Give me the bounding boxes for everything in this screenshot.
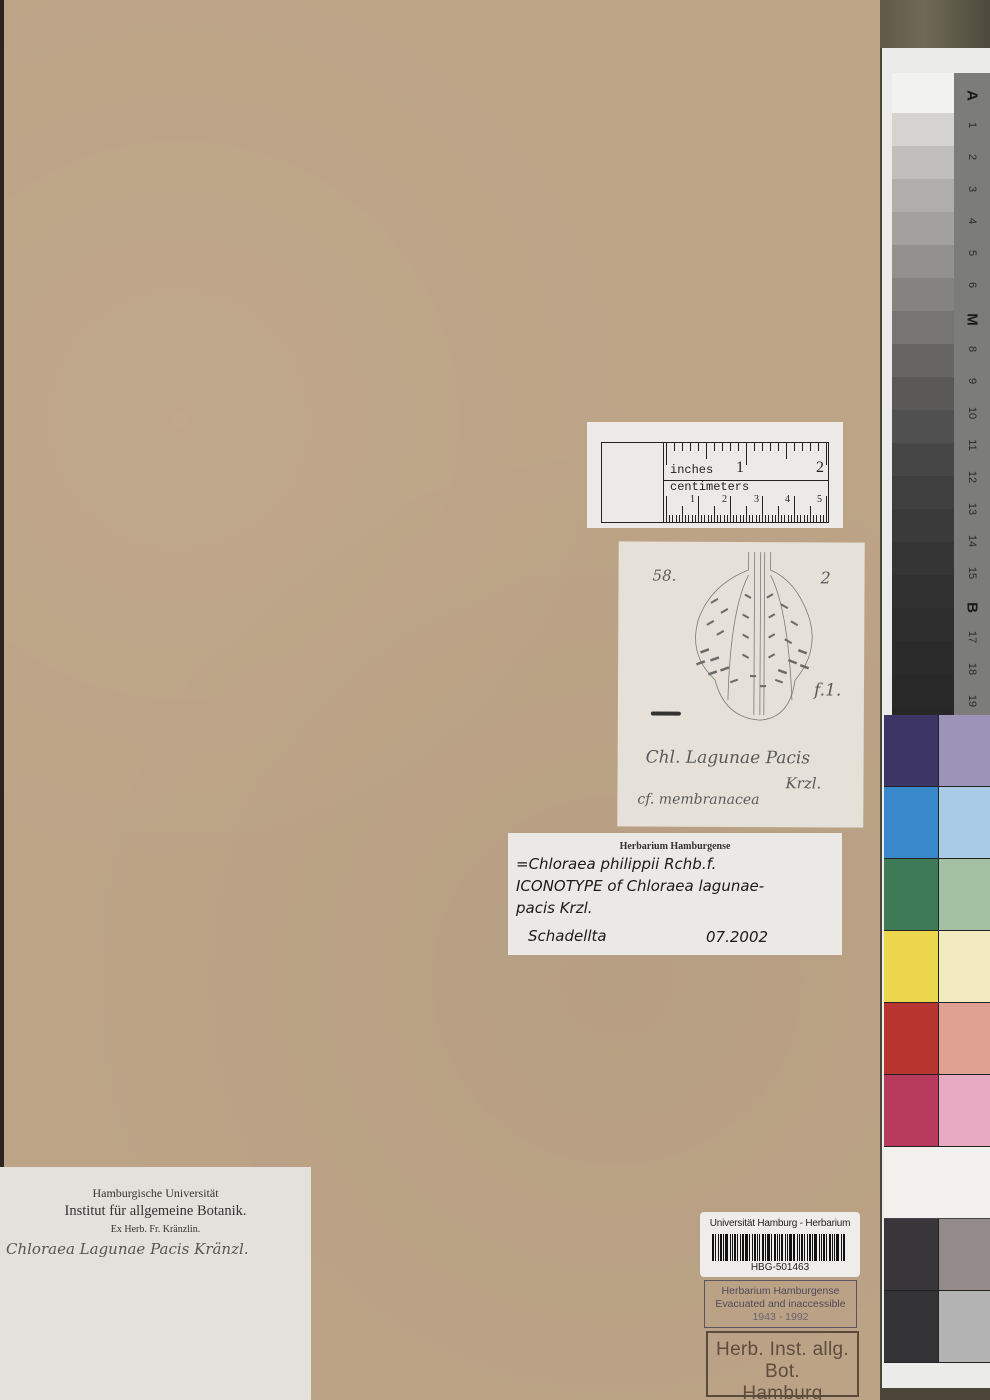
color-checker-chart: A123456M89101112131415B171819 <box>882 48 990 1388</box>
white-patch <box>884 1147 990 1219</box>
scale-label: 6 <box>966 267 978 303</box>
institution-ex-herb: Ex Herb. Fr. Kränzlin. <box>0 1224 311 1235</box>
color-row <box>884 1003 990 1075</box>
determination-line1: =Chloraea philippii Rchb.f. <box>516 855 716 873</box>
color-patch <box>939 1291 990 1362</box>
ruler: inches 1 2 centimeters 1 2 3 4 5 <box>601 442 829 523</box>
color-row <box>884 1075 990 1147</box>
drawing-number: 58. <box>653 567 677 585</box>
scale-label: 5 <box>966 235 978 271</box>
institution-label: Hamburgische Universität Institut für al… <box>0 1167 311 1400</box>
scale-label: 8 <box>966 331 978 367</box>
scale-label: 1 <box>966 107 978 143</box>
cm-mark-5: 5 <box>817 494 822 505</box>
institute-stamp-line1: Herb. Inst. allg. Bot. <box>708 1339 857 1383</box>
scale-label: 11 <box>966 427 978 463</box>
color-patch <box>939 715 990 786</box>
scale-label: 13 <box>966 491 978 527</box>
color-row <box>884 859 990 931</box>
ruler-blank-area <box>602 443 664 522</box>
drawing-name-line3: cf. membranacea <box>637 791 759 808</box>
drawing-name-line2: Krzl. <box>785 774 821 792</box>
evacuated-stamp: Herbarium Hamburgense Evacuated and inac… <box>704 1280 857 1328</box>
scale-label: 17 <box>966 619 978 655</box>
color-patch <box>939 931 990 1002</box>
institution-handwritten-name: Chloraea Lagunae Pacis Kränzl. <box>6 1240 249 1258</box>
determination-header: Herbarium Hamburgense <box>508 841 842 852</box>
barcode-icon <box>712 1234 848 1261</box>
drawing-name-line1: Chl. Lagunae Pacis <box>646 748 811 769</box>
color-patch <box>884 1219 939 1290</box>
color-patch <box>884 1003 939 1074</box>
scale-bar <box>651 712 681 716</box>
color-patches <box>884 715 990 1363</box>
scale-label: 2 <box>966 139 978 175</box>
scale-label: 3 <box>966 171 978 207</box>
color-patch <box>939 859 990 930</box>
color-row <box>884 787 990 859</box>
determination-label: Herbarium Hamburgense =Chloraea philippi… <box>508 833 842 955</box>
barcode-institution: Universität Hamburg - Herbarium <box>700 1218 860 1229</box>
color-patch <box>884 1075 939 1146</box>
cm-mark-3: 3 <box>754 494 759 505</box>
barcode-label: Universität Hamburg - Herbarium HBG-5014… <box>700 1212 860 1277</box>
color-patch <box>939 787 990 858</box>
evacuated-stamp-line1: Herbarium Hamburgense <box>705 1285 856 1298</box>
catalog-number: HBG-501463 <box>700 1262 860 1273</box>
determination-date: 07.2002 <box>706 928 768 946</box>
institution-institute: Institut für allgemeine Botanik. <box>0 1203 311 1220</box>
color-row <box>884 931 990 1003</box>
determination-line3: pacis Krzl. <box>516 899 593 917</box>
color-row <box>884 1219 990 1291</box>
botanical-drawing-label: 58. 2 <box>617 541 864 827</box>
scale-label: 9 <box>966 363 978 399</box>
scale-label: 4 <box>966 203 978 239</box>
color-patch <box>884 859 939 930</box>
color-patch <box>939 1003 990 1074</box>
institute-stamp: Herb. Inst. allg. Bot. Hamburg <box>706 1331 859 1397</box>
ruler-inches: inches 1 2 <box>664 443 828 481</box>
scale-label: 19 <box>966 683 978 719</box>
institute-stamp-line2: Hamburg <box>708 1383 857 1400</box>
color-patch <box>884 715 939 786</box>
evacuated-stamp-line2: Evacuated and inaccessible <box>705 1298 856 1311</box>
color-patch <box>939 1219 990 1290</box>
inches-label: inches <box>670 463 713 477</box>
color-patch <box>939 1075 990 1146</box>
color-row <box>884 1291 990 1363</box>
scale-label: 14 <box>966 523 978 559</box>
institution-university: Hamburgische Universität <box>0 1186 311 1201</box>
scale-label: 15 <box>966 555 978 591</box>
scale-label: 18 <box>966 651 978 687</box>
scale-label: 10 <box>966 395 978 431</box>
scan-background-top <box>880 0 990 48</box>
flower-lip-drawing-icon <box>680 550 831 727</box>
scale-label: 12 <box>966 459 978 495</box>
determination-line2: ICONOTYPE of Chloraea lagunae- <box>516 877 764 895</box>
cm-mark-1: 1 <box>690 494 695 505</box>
figure-annotation: f.1. <box>814 680 841 700</box>
evacuated-stamp-line3: 1943 - 1992 <box>705 1311 856 1324</box>
color-row <box>884 715 990 787</box>
centimeters-label: centimeters <box>670 480 749 494</box>
color-patch <box>884 1291 939 1362</box>
determiner-signature: Schadellta <box>528 927 607 945</box>
ruler-centimeters: centimeters 1 2 3 4 5 <box>664 481 828 522</box>
cm-mark-4: 4 <box>785 494 790 505</box>
scale-ruler-label: inches 1 2 centimeters 1 2 3 4 5 <box>587 422 843 528</box>
color-patch <box>884 787 939 858</box>
inch-mark-1: 1 <box>736 459 744 477</box>
scan-background-bottom <box>880 1388 990 1400</box>
inch-mark-2: 2 <box>816 459 824 477</box>
cm-mark-2: 2 <box>722 494 727 505</box>
color-patch <box>884 931 939 1002</box>
grayscale-scale-labels: A123456M89101112131415B171819 <box>954 73 990 741</box>
